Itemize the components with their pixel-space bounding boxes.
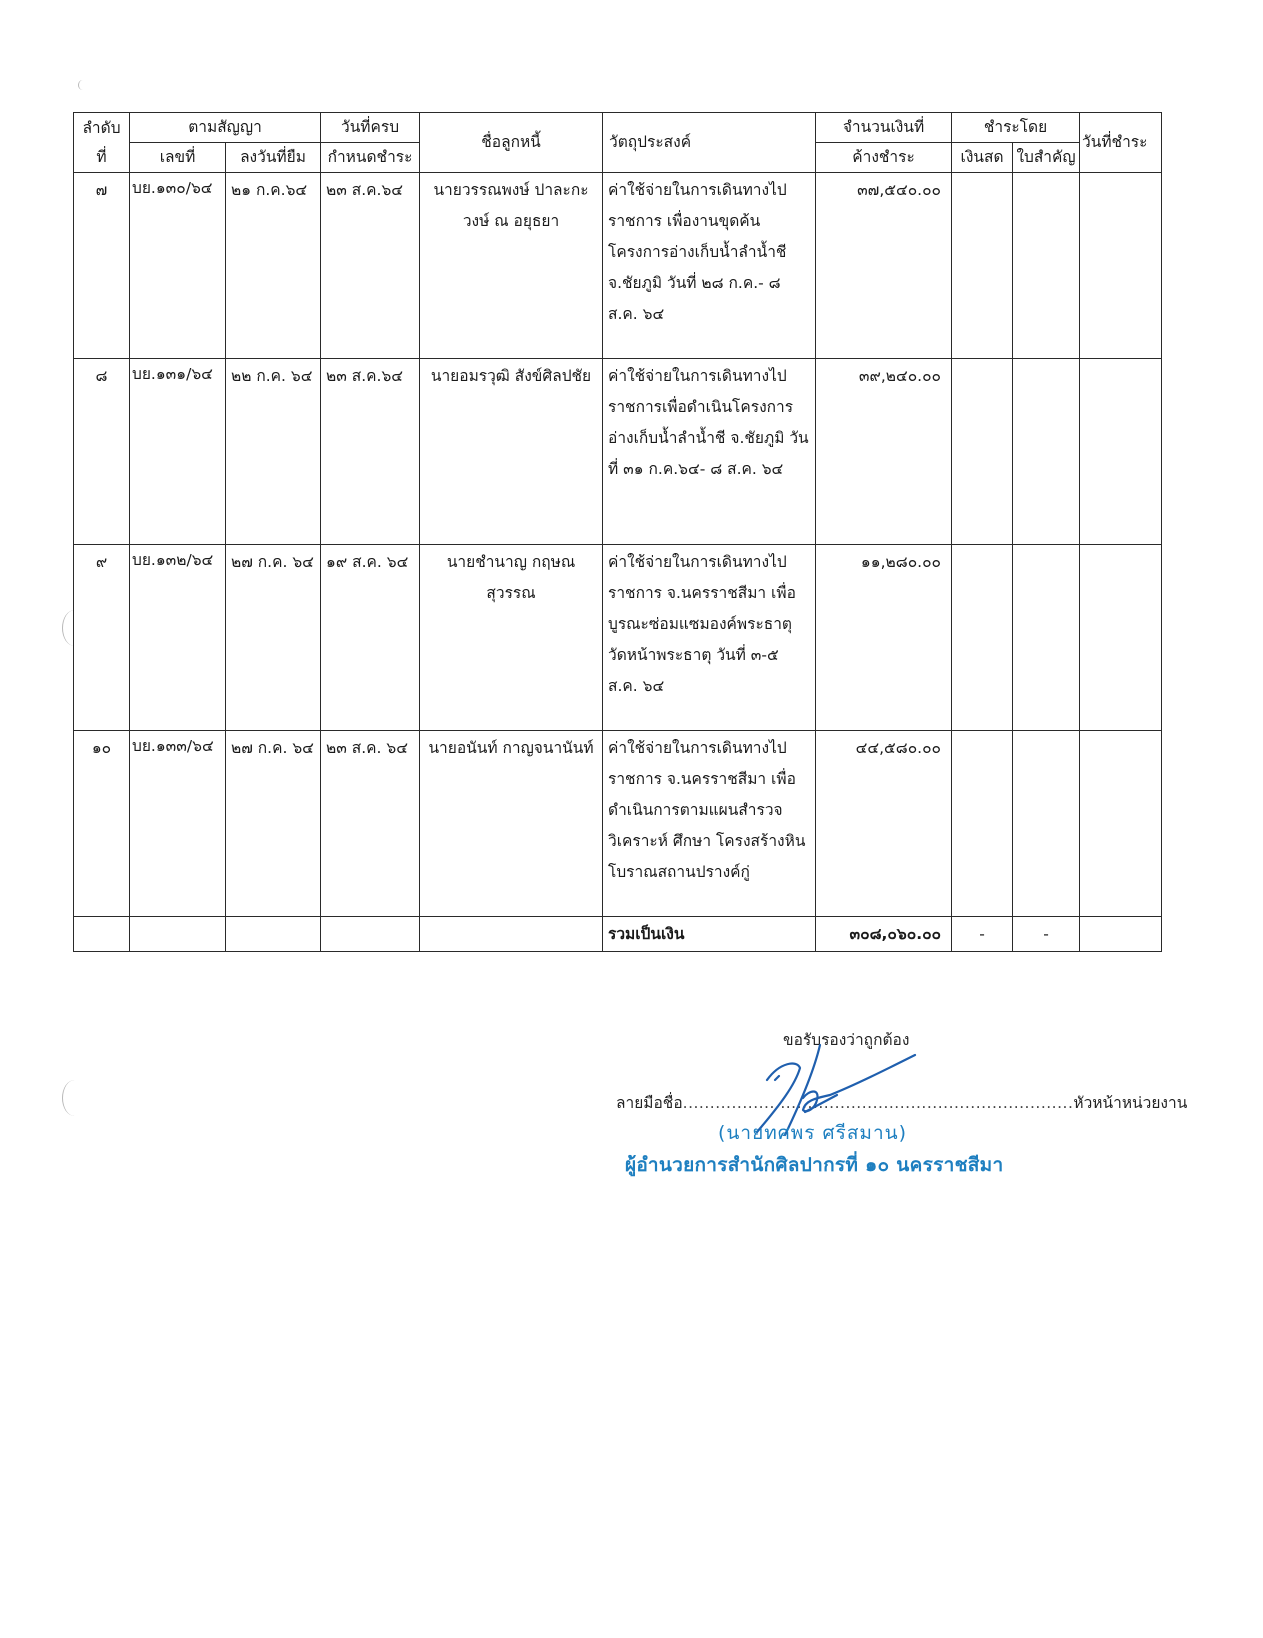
row-paid-cash	[952, 173, 1013, 359]
header-due-line2: กำหนดชำระ	[321, 143, 420, 173]
header-index-line2: ที่	[77, 143, 126, 172]
row-paid-cash	[952, 731, 1013, 917]
table-row: ๙ บย.๑๓๒/๖๔ ๒๗ ก.ค. ๖๔ ๑๙ ส.ค. ๖๔ นายชำน…	[74, 545, 1162, 731]
row-debtor: นายอนันท์ กาญจนานันท์	[420, 731, 603, 917]
header-amount-line1: จำนวนเงินที่	[816, 113, 952, 143]
total-paid-document: -	[1013, 917, 1080, 952]
document-page: ลำดับ ที่ ตามสัญญา วันที่ครบ ชื่อลูกหนี้…	[0, 0, 1263, 1638]
row-index: ๘	[74, 359, 130, 545]
total-paid-cash: -	[952, 917, 1013, 952]
row-amount: ๔๔,๕๘๐.๐๐	[816, 731, 952, 917]
row-paid-date	[1080, 731, 1162, 917]
table-body: ๗ บย.๑๓๐/๖๔ ๒๑ ก.ค.๖๔ ๒๓ ส.ค.๖๔ นายวรรณพ…	[74, 173, 1162, 952]
signature-line: ลายมือชื่อ..............................…	[616, 1090, 1187, 1115]
row-index: ๑๐	[74, 731, 130, 917]
header-index-line1: ลำดับ	[77, 114, 126, 143]
row-contract-date: ๒๗ ก.ค. ๖๔	[226, 731, 321, 917]
row-contract-date: ๒๗ ก.ค. ๖๔	[226, 545, 321, 731]
header-contract-group: ตามสัญญา	[130, 113, 321, 143]
header-index: ลำดับ ที่	[74, 113, 130, 173]
row-amount: ๓๗,๕๔๐.๐๐	[816, 173, 952, 359]
certify-text: ขอรับรองว่าถูกต้อง	[783, 1027, 909, 1052]
row-debtor: นายชำนาญ กฤษณสุวรรณ	[420, 545, 603, 731]
row-paid-cash	[952, 359, 1013, 545]
header-paid-document: ใบสำคัญ	[1013, 143, 1080, 173]
debt-ledger-table: ลำดับ ที่ ตามสัญญา วันที่ครบ ชื่อลูกหนี้…	[73, 112, 1162, 952]
header-contract-no: เลขที่	[130, 143, 226, 173]
table-row: ๑๐ บย.๑๓๓/๖๔ ๒๗ ก.ค. ๖๔ ๒๓ ส.ค. ๖๔ นายอน…	[74, 731, 1162, 917]
signature-role: หัวหน้าหน่วยงาน	[1073, 1094, 1187, 1112]
row-purpose: ค่าใช้จ่ายในการเดินทางไปราชการ จ.นครราชส…	[603, 545, 816, 731]
header-contract-date: ลงวันที่ยืม	[226, 143, 321, 173]
total-empty	[74, 917, 130, 952]
row-contract-date: ๒๑ ก.ค.๖๔	[226, 173, 321, 359]
row-due-date: ๒๓ ส.ค.๖๔	[321, 173, 420, 359]
header-paid-cash: เงินสด	[952, 143, 1013, 173]
row-purpose: ค่าใช้จ่ายในการเดินทางไปราชการ เพื่องานข…	[603, 173, 816, 359]
row-paid-document	[1013, 359, 1080, 545]
scan-speck	[78, 80, 87, 90]
signer-title: ผู้อำนวยการสำนักศิลปากรที่ ๑๐ นครราชสีมา	[625, 1150, 1003, 1180]
header-amount-line2: ค้างชำระ	[816, 143, 952, 173]
signature-label: ลายมือชื่อ	[616, 1094, 683, 1112]
row-contract-no: บย.๑๓๐/๖๔	[130, 173, 226, 359]
row-contract-no: บย.๑๓๑/๖๔	[130, 359, 226, 545]
row-debtor: นายวรรณพงษ์ ปาละกะวงษ์ ณ อยุธยา	[420, 173, 603, 359]
header-paid-date: วันที่ชำระ	[1080, 113, 1162, 173]
total-paid-date	[1080, 917, 1162, 952]
row-due-date: ๒๓ ส.ค. ๖๔	[321, 731, 420, 917]
row-index: ๗	[74, 173, 130, 359]
row-purpose: ค่าใช้จ่ายในการเดินทางไปราชการ จ.นครราชส…	[603, 731, 816, 917]
header-paid-by-group: ชำระโดย	[952, 113, 1080, 143]
row-paid-date	[1080, 173, 1162, 359]
row-due-date: ๑๙ ส.ค. ๖๔	[321, 545, 420, 731]
row-index: ๙	[74, 545, 130, 731]
handwritten-signature-icon	[745, 1040, 925, 1140]
row-debtor: นายอมรวุฒิ สังข์ศิลปชัย	[420, 359, 603, 545]
row-paid-document	[1013, 545, 1080, 731]
total-label: รวมเป็นเงิน	[603, 917, 816, 952]
row-purpose: ค่าใช้จ่ายในการเดินทางไปราชการเพื่อดำเนิ…	[603, 359, 816, 545]
punch-hole-shadow-lower	[62, 1080, 87, 1116]
header-purpose: วัตถุประสงค์	[603, 113, 816, 173]
total-amount: ๓๐๘,๐๖๐.๐๐	[816, 917, 952, 952]
row-due-date: ๒๓ ส.ค.๖๔	[321, 359, 420, 545]
total-empty	[130, 917, 226, 952]
row-paid-date	[1080, 545, 1162, 731]
table-row: ๘ บย.๑๓๑/๖๔ ๒๒ ก.ค. ๖๔ ๒๓ ส.ค.๖๔ นายอมรว…	[74, 359, 1162, 545]
row-paid-date	[1080, 359, 1162, 545]
row-contract-no: บย.๑๓๓/๖๔	[130, 731, 226, 917]
row-paid-cash	[952, 545, 1013, 731]
row-amount: ๓๙,๒๔๐.๐๐	[816, 359, 952, 545]
row-contract-no: บย.๑๓๒/๖๔	[130, 545, 226, 731]
total-row: รวมเป็นเงิน ๓๐๘,๐๖๐.๐๐ - -	[74, 917, 1162, 952]
row-contract-date: ๒๒ ก.ค. ๖๔	[226, 359, 321, 545]
header-debtor: ชื่อลูกหนี้	[420, 113, 603, 173]
row-paid-document	[1013, 173, 1080, 359]
total-empty	[321, 917, 420, 952]
total-empty	[420, 917, 603, 952]
table-header: ลำดับ ที่ ตามสัญญา วันที่ครบ ชื่อลูกหนี้…	[74, 113, 1162, 173]
total-empty	[226, 917, 321, 952]
table-row: ๗ บย.๑๓๐/๖๔ ๒๑ ก.ค.๖๔ ๒๓ ส.ค.๖๔ นายวรรณพ…	[74, 173, 1162, 359]
header-due-line1: วันที่ครบ	[321, 113, 420, 143]
signature-dots: ........................................…	[683, 1094, 1074, 1112]
row-amount: ๑๑,๒๘๐.๐๐	[816, 545, 952, 731]
signer-name: (นายทศพร ศรีสมาน)	[718, 1118, 907, 1148]
row-paid-document	[1013, 731, 1080, 917]
